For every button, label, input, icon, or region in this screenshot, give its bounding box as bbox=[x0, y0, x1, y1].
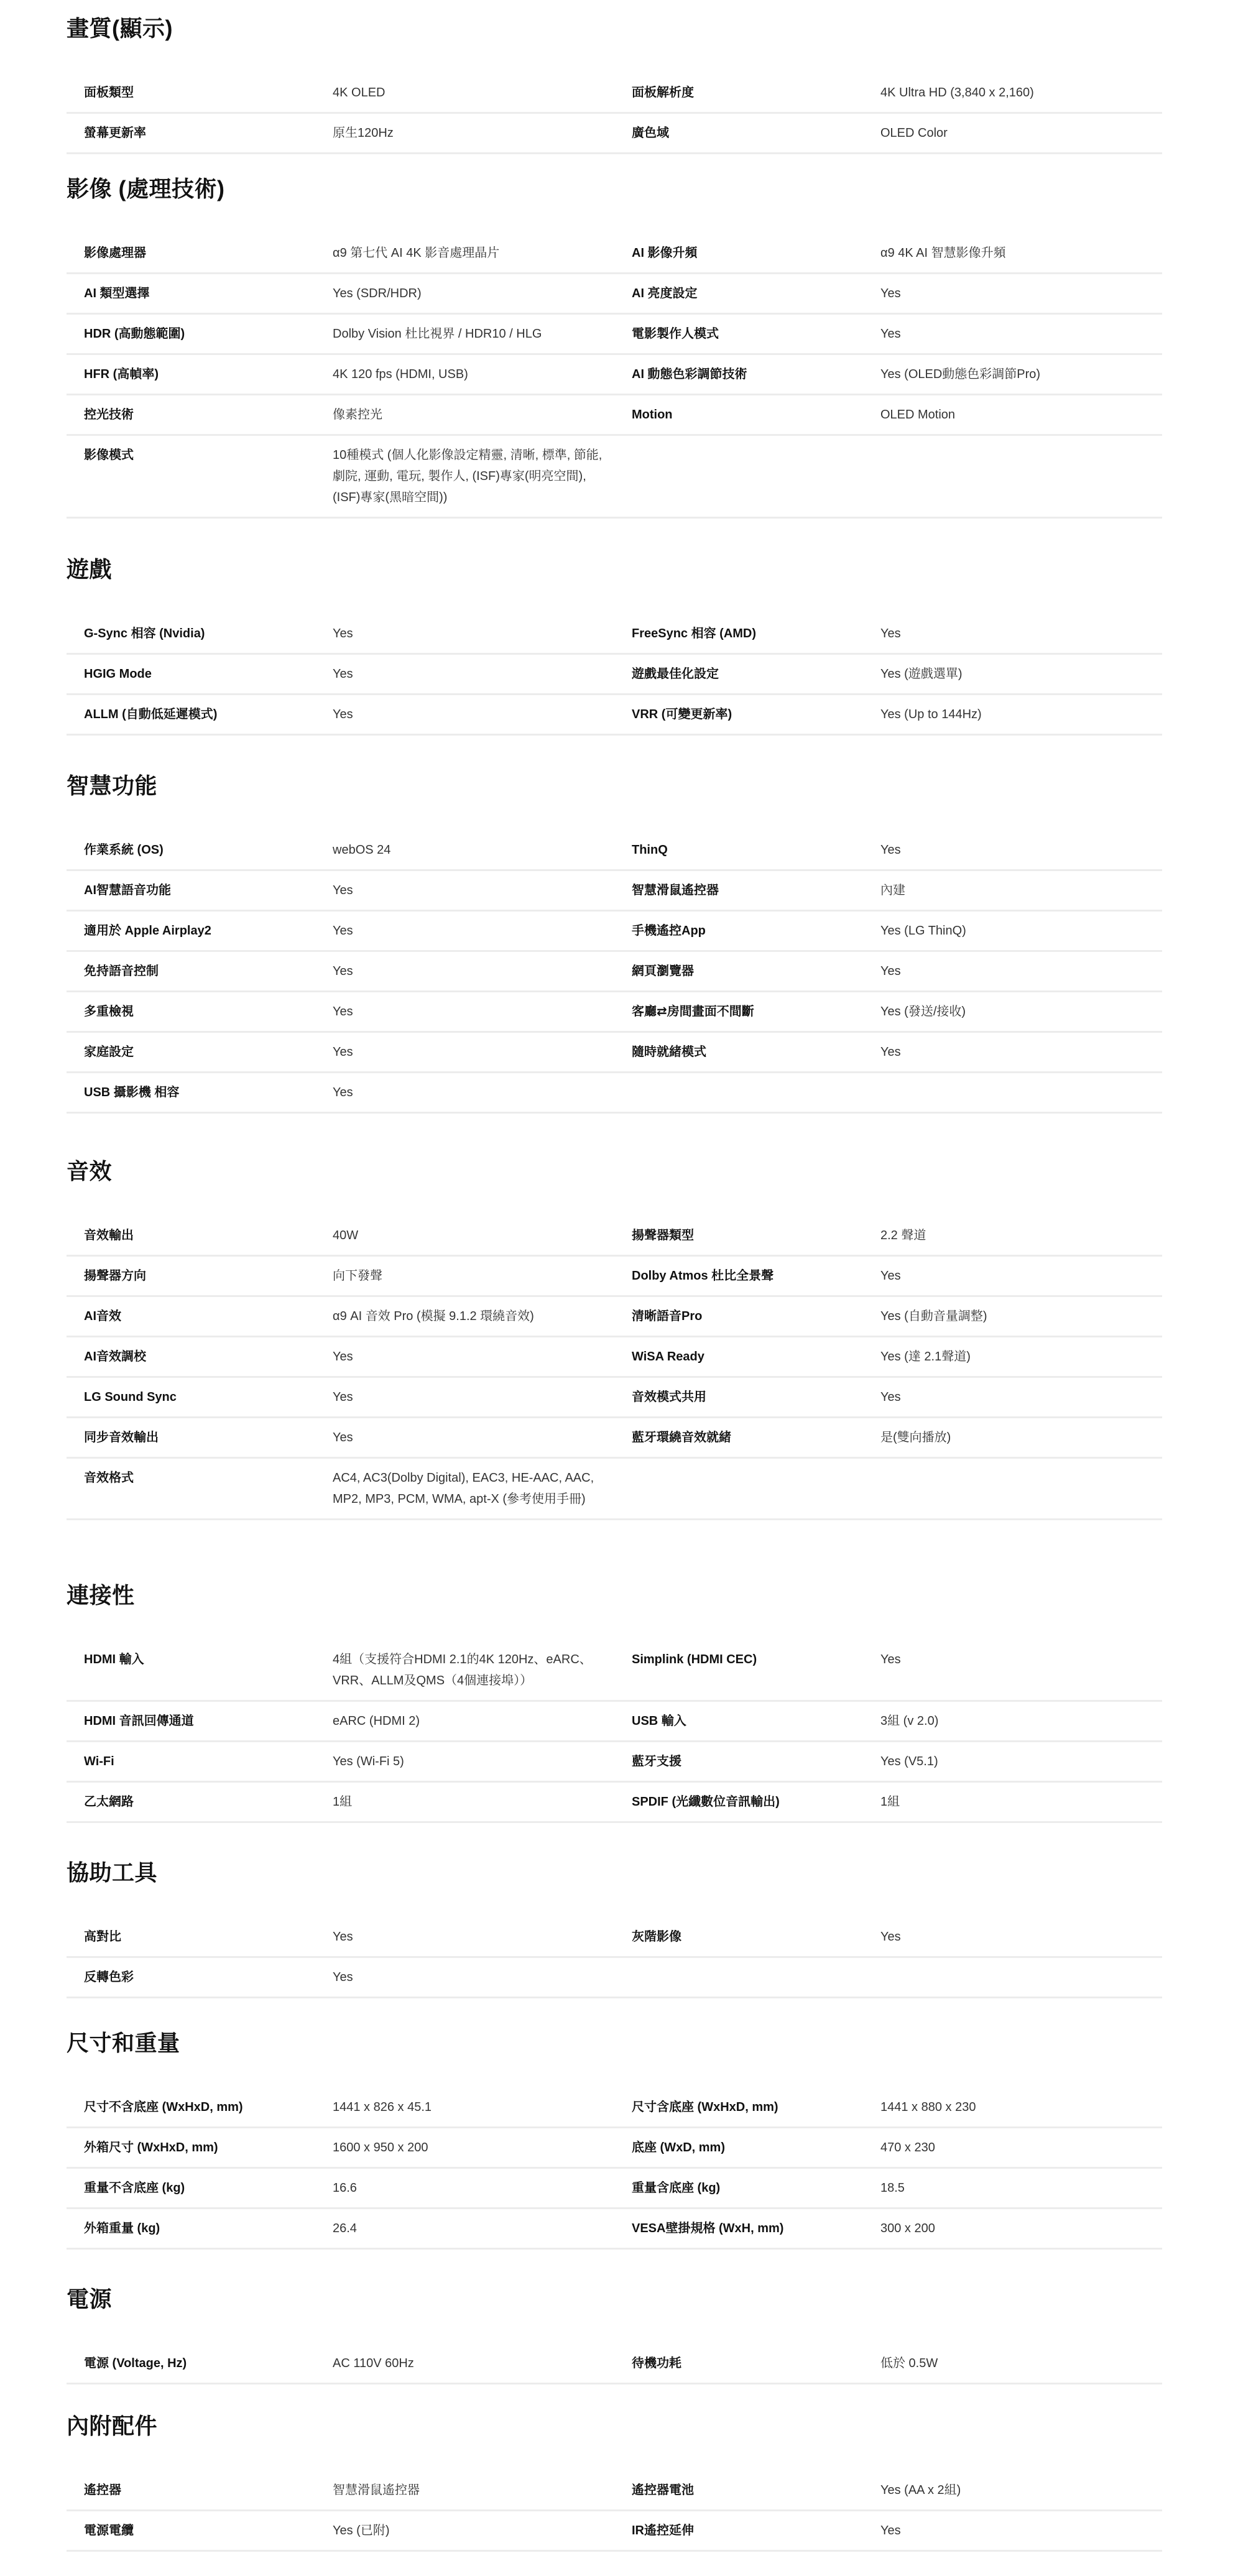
spec-label: AI音效調校 bbox=[84, 1346, 333, 1367]
section-title: 畫質(顯示) bbox=[67, 11, 1162, 46]
spec-value: α9 4K AI 智慧影像升頻 bbox=[880, 242, 1154, 264]
spec-row: AI智慧語音功能Yes智慧滑鼠遙控器內建 bbox=[67, 871, 1162, 912]
spec-label: Motion bbox=[632, 404, 880, 425]
spec-value: 16.6 bbox=[333, 2177, 606, 2199]
spec-value: Yes (LG ThinQ) bbox=[880, 920, 1154, 941]
spec-label: 尺寸不含底座 (WxHxD, mm) bbox=[84, 2097, 333, 2118]
spec-item: WiSA ReadyYes (達 2.1聲道) bbox=[614, 1337, 1162, 1376]
spec-row: 重量不含底座 (kg)16.6重量含底座 (kg)18.5 bbox=[67, 2169, 1162, 2209]
spec-section: 影像 (處理技術)影像處理器α9 第七代 AI 4K 影音處理晶片AI 影像升頻… bbox=[67, 172, 1162, 519]
spec-item: 遙控器電池Yes (AA x 2組) bbox=[614, 2471, 1162, 2509]
spec-value: 1600 x 950 x 200 bbox=[333, 2137, 606, 2158]
spec-label: AI 動態色彩調節技術 bbox=[632, 364, 880, 385]
spec-item bbox=[614, 1958, 1162, 1997]
spec-row: 作業系統 (OS)webOS 24ThinQYes bbox=[67, 831, 1162, 871]
spec-label: 電源電纜 bbox=[84, 2520, 333, 2541]
spec-row: 適用於 Apple Airplay2Yes手機遙控AppYes (LG Thin… bbox=[67, 912, 1162, 952]
spec-label: 灰階影像 bbox=[632, 1926, 880, 1947]
spec-label: 控光技術 bbox=[84, 404, 333, 425]
spec-item: 外箱重量 (kg)26.4 bbox=[67, 2209, 614, 2248]
spec-value: 原生120Hz bbox=[333, 122, 606, 144]
spec-value: Yes bbox=[333, 1926, 606, 1947]
spec-item: 外箱尺寸 (WxHxD, mm)1600 x 950 x 200 bbox=[67, 2128, 614, 2167]
spec-table: 音效輸出40W揚聲器類型2.2 聲道揚聲器方向向下發聲Dolby Atmos 杜… bbox=[67, 1216, 1162, 1520]
spec-value: Yes bbox=[880, 839, 1154, 861]
spec-value: Yes bbox=[880, 1041, 1154, 1063]
spec-label: HDR (高動態範圍) bbox=[84, 323, 333, 344]
spec-label: 外箱尺寸 (WxHxD, mm) bbox=[84, 2137, 333, 2158]
spec-label: 遊戲最佳化設定 bbox=[632, 663, 880, 685]
spec-label: 隨時就緒模式 bbox=[632, 1041, 880, 1063]
spec-label: 遙控器 bbox=[84, 2480, 333, 2501]
spec-row: HDMI 輸入4組（支援符合HDMI 2.1的4K 120Hz、eARC、VRR… bbox=[67, 1640, 1162, 1702]
spec-value: α9 AI 音效 Pro (模擬 9.1.2 環繞音效) bbox=[333, 1306, 606, 1327]
spec-item: 螢幕更新率原生120Hz bbox=[67, 114, 614, 152]
spec-row: 同步音效輸出Yes藍牙環繞音效就緒是(雙向播放) bbox=[67, 1418, 1162, 1459]
spec-label: 音效輸出 bbox=[84, 1225, 333, 1246]
spec-item: AI 影像升頻α9 4K AI 智慧影像升頻 bbox=[614, 234, 1162, 272]
spec-value bbox=[880, 1967, 1154, 1988]
spec-label: 同步音效輸出 bbox=[84, 1427, 333, 1448]
spec-item: G-Sync 相容 (Nvidia)Yes bbox=[67, 614, 614, 653]
spec-row: AI音效調校YesWiSA ReadyYes (達 2.1聲道) bbox=[67, 1337, 1162, 1378]
spec-row: 高對比Yes灰階影像Yes bbox=[67, 1918, 1162, 1958]
spec-row: HGIG ModeYes遊戲最佳化設定Yes (遊戲選單) bbox=[67, 655, 1162, 695]
spec-row: 電源 (Voltage, Hz)AC 110V 60Hz待機功耗低於 0.5W bbox=[67, 2344, 1162, 2384]
spec-label: VESA壁掛規格 (WxH, mm) bbox=[632, 2218, 880, 2239]
spec-value: 向下發聲 bbox=[333, 1265, 606, 1286]
spec-label: HFR (高幀率) bbox=[84, 364, 333, 385]
spec-label: AI 類型選擇 bbox=[84, 283, 333, 304]
spec-label bbox=[632, 1967, 880, 1988]
spec-section: 遊戲G-Sync 相容 (Nvidia)YesFreeSync 相容 (AMD)… bbox=[67, 552, 1162, 736]
spec-label: Simplink (HDMI CEC) bbox=[632, 1649, 880, 1691]
spec-row: G-Sync 相容 (Nvidia)YesFreeSync 相容 (AMD)Ye… bbox=[67, 614, 1162, 655]
spec-item: 藍牙支援Yes (V5.1) bbox=[614, 1742, 1162, 1781]
spec-item: HDMI 輸入4組（支援符合HDMI 2.1的4K 120Hz、eARC、VRR… bbox=[67, 1640, 614, 1700]
spec-value: Yes (發送/接收) bbox=[880, 1001, 1154, 1022]
section-title: 音效 bbox=[67, 1154, 1162, 1189]
spec-item: Simplink (HDMI CEC)Yes bbox=[614, 1640, 1162, 1700]
spec-value: Yes bbox=[333, 1387, 606, 1408]
spec-row: HFR (高幀率)4K 120 fps (HDMI, USB)AI 動態色彩調節… bbox=[67, 355, 1162, 395]
spec-table: 電源 (Voltage, Hz)AC 110V 60Hz待機功耗低於 0.5W bbox=[67, 2344, 1162, 2384]
spec-value: Yes bbox=[880, 1265, 1154, 1286]
spec-value: Yes (Up to 144Hz) bbox=[880, 704, 1154, 725]
spec-value: Yes bbox=[880, 1649, 1154, 1691]
spec-item: 待機功耗低於 0.5W bbox=[614, 2344, 1162, 2383]
spec-item: 面板解析度4K Ultra HD (3,840 x 2,160) bbox=[614, 73, 1162, 112]
spec-item: USB 攝影機 相容Yes bbox=[67, 1073, 614, 1112]
spec-value: Yes (AA x 2組) bbox=[880, 2480, 1154, 2501]
spec-label bbox=[632, 1082, 880, 1103]
spec-label: 重量含底座 (kg) bbox=[632, 2177, 880, 2199]
spec-value: 1441 x 880 x 230 bbox=[880, 2097, 1154, 2118]
spec-item: 遊戲最佳化設定Yes (遊戲選單) bbox=[614, 655, 1162, 693]
spec-value: 是(雙向播放) bbox=[880, 1427, 1154, 1448]
spec-label: 作業系統 (OS) bbox=[84, 839, 333, 861]
spec-item: HDR (高動態範圍)Dolby Vision 杜比視界 / HDR10 / H… bbox=[67, 315, 614, 353]
spec-row: 外箱尺寸 (WxHxD, mm)1600 x 950 x 200底座 (WxD,… bbox=[67, 2128, 1162, 2169]
spec-value: 26.4 bbox=[333, 2218, 606, 2239]
spec-item: 影像模式10種模式 (個人化影像設定精靈, 清晰, 標準, 節能, 劇院, 運動… bbox=[67, 436, 614, 517]
spec-label: AI智慧語音功能 bbox=[84, 880, 333, 901]
spec-row: 影像處理器α9 第七代 AI 4K 影音處理晶片AI 影像升頻α9 4K AI … bbox=[67, 234, 1162, 274]
spec-row: 反轉色彩Yes bbox=[67, 1958, 1162, 1998]
spec-label: G-Sync 相容 (Nvidia) bbox=[84, 623, 333, 644]
spec-item: 電源電纜Yes (已附) bbox=[67, 2511, 614, 2550]
spec-label: HGIG Mode bbox=[84, 663, 333, 685]
spec-item: 作業系統 (OS)webOS 24 bbox=[67, 831, 614, 869]
spec-item: AI 亮度設定Yes bbox=[614, 274, 1162, 313]
spec-label: Dolby Atmos 杜比全景聲 bbox=[632, 1265, 880, 1286]
section-title: 智慧功能 bbox=[67, 769, 1162, 803]
spec-section: 電源電源 (Voltage, Hz)AC 110V 60Hz待機功耗低於 0.5… bbox=[67, 2282, 1162, 2384]
spec-item: AI音效α9 AI 音效 Pro (模擬 9.1.2 環繞音效) bbox=[67, 1297, 614, 1336]
spec-item: 網頁瀏覽器Yes bbox=[614, 952, 1162, 990]
spec-label: WiSA Ready bbox=[632, 1346, 880, 1367]
spec-label: 智慧滑鼠遙控器 bbox=[632, 880, 880, 901]
spec-value: Yes bbox=[333, 623, 606, 644]
spec-label: 客廳⇄房間畫面不間斷 bbox=[632, 1001, 880, 1022]
spec-label: AI 影像升頻 bbox=[632, 242, 880, 264]
spec-value: AC4, AC3(Dolby Digital), EAC3, HE-AAC, A… bbox=[333, 1467, 606, 1510]
spec-value: Yes bbox=[880, 1387, 1154, 1408]
spec-label: 尺寸含底座 (WxHxD, mm) bbox=[632, 2097, 880, 2118]
spec-item: ALLM (自動低延遲模式)Yes bbox=[67, 695, 614, 734]
spec-item: 音效輸出40W bbox=[67, 1216, 614, 1255]
spec-table: 遙控器智慧滑鼠遙控器遙控器電池Yes (AA x 2組)電源電纜Yes (已附)… bbox=[67, 2471, 1162, 2552]
spec-value: Yes bbox=[880, 623, 1154, 644]
spec-label: 揚聲器類型 bbox=[632, 1225, 880, 1246]
spec-item: 手機遙控AppYes (LG ThinQ) bbox=[614, 912, 1162, 950]
spec-item: FreeSync 相容 (AMD)Yes bbox=[614, 614, 1162, 653]
spec-value: Yes (自動音量調整) bbox=[880, 1306, 1154, 1327]
spec-label: USB 輸入 bbox=[632, 1710, 880, 1732]
spec-value: 10種模式 (個人化影像設定精靈, 清晰, 標準, 節能, 劇院, 運動, 電玩… bbox=[333, 445, 606, 508]
spec-table: 作業系統 (OS)webOS 24ThinQYesAI智慧語音功能Yes智慧滑鼠… bbox=[67, 831, 1162, 1114]
spec-label: 面板解析度 bbox=[632, 82, 880, 103]
spec-label: LG Sound Sync bbox=[84, 1387, 333, 1408]
spec-table: 高對比Yes灰階影像Yes反轉色彩Yes bbox=[67, 1918, 1162, 1998]
spec-section: 內附配件遙控器智慧滑鼠遙控器遙控器電池Yes (AA x 2組)電源電纜Yes … bbox=[67, 2409, 1162, 2552]
section-title: 電源 bbox=[67, 2282, 1162, 2317]
spec-item: 面板類型4K OLED bbox=[67, 73, 614, 112]
spec-value bbox=[880, 445, 1154, 508]
spec-item: 客廳⇄房間畫面不間斷Yes (發送/接收) bbox=[614, 992, 1162, 1031]
spec-value: Yes (遊戲選單) bbox=[880, 663, 1154, 685]
spec-item: 藍牙環繞音效就緒是(雙向播放) bbox=[614, 1418, 1162, 1457]
spec-label: ThinQ bbox=[632, 839, 880, 861]
spec-value: Yes (已附) bbox=[333, 2520, 606, 2541]
spec-item: IR遙控延伸Yes bbox=[614, 2511, 1162, 2550]
spec-item: Wi-FiYes (Wi-Fi 5) bbox=[67, 1742, 614, 1781]
spec-label: VRR (可變更新率) bbox=[632, 704, 880, 725]
spec-item: 底座 (WxD, mm)470 x 230 bbox=[614, 2128, 1162, 2167]
spec-item: 同步音效輸出Yes bbox=[67, 1418, 614, 1457]
spec-value: OLED Motion bbox=[880, 404, 1154, 425]
spec-label: USB 攝影機 相容 bbox=[84, 1082, 333, 1103]
spec-item: 高對比Yes bbox=[67, 1918, 614, 1956]
spec-label: 螢幕更新率 bbox=[84, 122, 333, 144]
spec-row: 面板類型4K OLED面板解析度4K Ultra HD (3,840 x 2,1… bbox=[67, 73, 1162, 114]
spec-value: Yes bbox=[333, 1001, 606, 1022]
spec-row: LG Sound SyncYes音效模式共用Yes bbox=[67, 1378, 1162, 1418]
spec-value: 40W bbox=[333, 1225, 606, 1246]
spec-item: 音效模式共用Yes bbox=[614, 1378, 1162, 1416]
spec-value: Yes (Wi-Fi 5) bbox=[333, 1751, 606, 1772]
spec-label: HDMI 音訊回傳通道 bbox=[84, 1710, 333, 1732]
spec-item: 智慧滑鼠遙控器內建 bbox=[614, 871, 1162, 910]
spec-value: 4K Ultra HD (3,840 x 2,160) bbox=[880, 82, 1154, 103]
spec-item: ThinQYes bbox=[614, 831, 1162, 869]
spec-item: 尺寸不含底座 (WxHxD, mm)1441 x 826 x 45.1 bbox=[67, 2088, 614, 2126]
spec-value: Yes bbox=[880, 283, 1154, 304]
spec-item: 影像處理器α9 第七代 AI 4K 影音處理晶片 bbox=[67, 234, 614, 272]
spec-section: 尺寸和重量尺寸不含底座 (WxHxD, mm)1441 x 826 x 45.1… bbox=[67, 2026, 1162, 2250]
spec-label: 外箱重量 (kg) bbox=[84, 2218, 333, 2239]
spec-value: 像素控光 bbox=[333, 404, 606, 425]
spec-label: 網頁瀏覽器 bbox=[632, 961, 880, 982]
spec-item: 控光技術像素控光 bbox=[67, 395, 614, 434]
spec-row: 遙控器智慧滑鼠遙控器遙控器電池Yes (AA x 2組) bbox=[67, 2471, 1162, 2511]
spec-value: 1441 x 826 x 45.1 bbox=[333, 2097, 606, 2118]
spec-table: 面板類型4K OLED面板解析度4K Ultra HD (3,840 x 2,1… bbox=[67, 73, 1162, 154]
spec-label: 音效格式 bbox=[84, 1467, 333, 1510]
spec-value: Yes bbox=[333, 663, 606, 685]
spec-item: Dolby Atmos 杜比全景聲Yes bbox=[614, 1257, 1162, 1295]
spec-label: SPDIF (光纖數位音訊輸出) bbox=[632, 1791, 880, 1812]
spec-label: 藍牙支援 bbox=[632, 1751, 880, 1772]
spec-label: 廣色域 bbox=[632, 122, 880, 144]
section-title: 協助工具 bbox=[67, 1855, 1162, 1890]
spec-label: 影像處理器 bbox=[84, 242, 333, 264]
spec-value: Yes bbox=[880, 2520, 1154, 2541]
spec-label bbox=[632, 445, 880, 508]
spec-item: 灰階影像Yes bbox=[614, 1918, 1162, 1956]
spec-item: 電源 (Voltage, Hz)AC 110V 60Hz bbox=[67, 2344, 614, 2383]
spec-row: 免持語音控制Yes網頁瀏覽器Yes bbox=[67, 952, 1162, 992]
spec-label: 多重檢視 bbox=[84, 1001, 333, 1022]
spec-section: 智慧功能作業系統 (OS)webOS 24ThinQYesAI智慧語音功能Yes… bbox=[67, 769, 1162, 1114]
spec-value: α9 第七代 AI 4K 影音處理晶片 bbox=[333, 242, 606, 264]
spec-value: webOS 24 bbox=[333, 839, 606, 861]
spec-item: 廣色域OLED Color bbox=[614, 114, 1162, 152]
spec-section: 連接性HDMI 輸入4組（支援符合HDMI 2.1的4K 120Hz、eARC、… bbox=[67, 1578, 1162, 1823]
spec-label: 藍牙環繞音效就緒 bbox=[632, 1427, 880, 1448]
spec-row: 影像模式10種模式 (個人化影像設定精靈, 清晰, 標準, 節能, 劇院, 運動… bbox=[67, 436, 1162, 519]
spec-value: OLED Color bbox=[880, 122, 1154, 144]
spec-label: 高對比 bbox=[84, 1926, 333, 1947]
spec-row: USB 攝影機 相容Yes bbox=[67, 1073, 1162, 1114]
spec-label: 清晰語音Pro bbox=[632, 1306, 880, 1327]
spec-value: Yes bbox=[333, 1427, 606, 1448]
spec-table: 影像處理器α9 第七代 AI 4K 影音處理晶片AI 影像升頻α9 4K AI … bbox=[67, 234, 1162, 519]
spec-value: 3組 (v 2.0) bbox=[880, 1710, 1154, 1732]
spec-item: 多重檢視Yes bbox=[67, 992, 614, 1031]
section-title: 尺寸和重量 bbox=[67, 2026, 1162, 2061]
spec-value: Yes bbox=[333, 1346, 606, 1367]
spec-value bbox=[880, 1082, 1154, 1103]
spec-item: 揚聲器方向向下發聲 bbox=[67, 1257, 614, 1295]
section-title: 遊戲 bbox=[67, 552, 1162, 587]
spec-value: 4K 120 fps (HDMI, USB) bbox=[333, 364, 606, 385]
spec-table: G-Sync 相容 (Nvidia)YesFreeSync 相容 (AMD)Ye… bbox=[67, 614, 1162, 736]
spec-value: Yes bbox=[333, 961, 606, 982]
spec-value: Yes bbox=[880, 323, 1154, 344]
spec-label: 重量不含底座 (kg) bbox=[84, 2177, 333, 2199]
spec-label: 反轉色彩 bbox=[84, 1967, 333, 1988]
spec-label: 音效模式共用 bbox=[632, 1387, 880, 1408]
spec-section: 音效音效輸出40W揚聲器類型2.2 聲道揚聲器方向向下發聲Dolby Atmos… bbox=[67, 1154, 1162, 1520]
spec-item: 音效格式AC4, AC3(Dolby Digital), EAC3, HE-AA… bbox=[67, 1459, 614, 1518]
spec-row: 乙太網路1組SPDIF (光纖數位音訊輸出)1組 bbox=[67, 1783, 1162, 1823]
spec-item bbox=[614, 1073, 1162, 1112]
spec-value: Yes (SDR/HDR) bbox=[333, 283, 606, 304]
spec-value: Yes bbox=[333, 1082, 606, 1103]
spec-row: 螢幕更新率原生120Hz廣色域OLED Color bbox=[67, 114, 1162, 154]
spec-label: 乙太網路 bbox=[84, 1791, 333, 1812]
spec-value: Yes bbox=[333, 880, 606, 901]
section-title: 影像 (處理技術) bbox=[67, 172, 1162, 206]
spec-row: 音效格式AC4, AC3(Dolby Digital), EAC3, HE-AA… bbox=[67, 1459, 1162, 1520]
spec-item: 遙控器智慧滑鼠遙控器 bbox=[67, 2471, 614, 2509]
spec-item: SPDIF (光纖數位音訊輸出)1組 bbox=[614, 1783, 1162, 1821]
spec-value: Yes (V5.1) bbox=[880, 1751, 1154, 1772]
spec-value: Yes (達 2.1聲道) bbox=[880, 1346, 1154, 1367]
spec-item: 乙太網路1組 bbox=[67, 1783, 614, 1821]
spec-section: 畫質(顯示)面板類型4K OLED面板解析度4K Ultra HD (3,840… bbox=[67, 11, 1162, 154]
spec-item: AI音效調校Yes bbox=[67, 1337, 614, 1376]
spec-label: ALLM (自動低延遲模式) bbox=[84, 704, 333, 725]
spec-item: MotionOLED Motion bbox=[614, 395, 1162, 434]
spec-label: IR遙控延伸 bbox=[632, 2520, 880, 2541]
spec-label: HDMI 輸入 bbox=[84, 1649, 333, 1691]
spec-value: Yes bbox=[333, 920, 606, 941]
spec-item: 尺寸含底座 (WxHxD, mm)1441 x 880 x 230 bbox=[614, 2088, 1162, 2126]
spec-label: 底座 (WxD, mm) bbox=[632, 2137, 880, 2158]
spec-label: 待機功耗 bbox=[632, 2353, 880, 2374]
spec-row: 尺寸不含底座 (WxHxD, mm)1441 x 826 x 45.1尺寸含底座… bbox=[67, 2088, 1162, 2128]
spec-row: AI音效α9 AI 音效 Pro (模擬 9.1.2 環繞音效)清晰語音ProY… bbox=[67, 1297, 1162, 1337]
spec-item: LG Sound SyncYes bbox=[67, 1378, 614, 1416]
spec-label: 免持語音控制 bbox=[84, 961, 333, 982]
spec-item: 清晰語音ProYes (自動音量調整) bbox=[614, 1297, 1162, 1336]
spec-item bbox=[614, 436, 1162, 517]
spec-item: 隨時就緒模式Yes bbox=[614, 1033, 1162, 1071]
spec-label: 電影製作人模式 bbox=[632, 323, 880, 344]
spec-item: HDMI 音訊回傳通道eARC (HDMI 2) bbox=[67, 1702, 614, 1740]
spec-row: 外箱重量 (kg)26.4VESA壁掛規格 (WxH, mm)300 x 200 bbox=[67, 2209, 1162, 2250]
spec-row: 家庭設定Yes隨時就緒模式Yes bbox=[67, 1033, 1162, 1073]
spec-item: AI 動態色彩調節技術Yes (OLED動態色彩調節Pro) bbox=[614, 355, 1162, 394]
spec-item: 適用於 Apple Airplay2Yes bbox=[67, 912, 614, 950]
spec-label: Wi-Fi bbox=[84, 1751, 333, 1772]
spec-label: 影像模式 bbox=[84, 445, 333, 508]
spec-item: 揚聲器類型2.2 聲道 bbox=[614, 1216, 1162, 1255]
spec-value: Yes bbox=[880, 1926, 1154, 1947]
spec-value: Dolby Vision 杜比視界 / HDR10 / HLG bbox=[333, 323, 606, 344]
spec-value: 1組 bbox=[880, 1791, 1154, 1812]
spec-row: 音效輸出40W揚聲器類型2.2 聲道 bbox=[67, 1216, 1162, 1257]
spec-item: HFR (高幀率)4K 120 fps (HDMI, USB) bbox=[67, 355, 614, 394]
spec-row: 電源電纜Yes (已附)IR遙控延伸Yes bbox=[67, 2511, 1162, 2552]
spec-item: 電影製作人模式Yes bbox=[614, 315, 1162, 353]
spec-value: eARC (HDMI 2) bbox=[333, 1710, 606, 1732]
spec-value: 300 x 200 bbox=[880, 2218, 1154, 2239]
spec-item: VRR (可變更新率)Yes (Up to 144Hz) bbox=[614, 695, 1162, 734]
spec-label: 手機遙控App bbox=[632, 920, 880, 941]
spec-row: 多重檢視Yes客廳⇄房間畫面不間斷Yes (發送/接收) bbox=[67, 992, 1162, 1033]
spec-label: AI音效 bbox=[84, 1306, 333, 1327]
spec-row: 揚聲器方向向下發聲Dolby Atmos 杜比全景聲Yes bbox=[67, 1257, 1162, 1297]
spec-label: AI 亮度設定 bbox=[632, 283, 880, 304]
spec-value: AC 110V 60Hz bbox=[333, 2353, 606, 2374]
spec-row: AI 類型選擇Yes (SDR/HDR)AI 亮度設定Yes bbox=[67, 274, 1162, 315]
spec-item: 免持語音控制Yes bbox=[67, 952, 614, 990]
spec-label: 電源 (Voltage, Hz) bbox=[84, 2353, 333, 2374]
spec-value: 18.5 bbox=[880, 2177, 1154, 2199]
spec-label: 家庭設定 bbox=[84, 1041, 333, 1063]
spec-label bbox=[632, 1467, 880, 1510]
spec-value: Yes bbox=[880, 961, 1154, 982]
spec-label: 揚聲器方向 bbox=[84, 1265, 333, 1286]
spec-value: 2.2 聲道 bbox=[880, 1225, 1154, 1246]
spec-label: 適用於 Apple Airplay2 bbox=[84, 920, 333, 941]
spec-value: 低於 0.5W bbox=[880, 2353, 1154, 2374]
spec-value: 1組 bbox=[333, 1791, 606, 1812]
spec-table: 尺寸不含底座 (WxHxD, mm)1441 x 826 x 45.1尺寸含底座… bbox=[67, 2088, 1162, 2250]
spec-value: Yes bbox=[333, 704, 606, 725]
spec-item: 重量不含底座 (kg)16.6 bbox=[67, 2169, 614, 2207]
spec-value: 智慧滑鼠遙控器 bbox=[333, 2480, 606, 2501]
spec-item: VESA壁掛規格 (WxH, mm)300 x 200 bbox=[614, 2209, 1162, 2248]
spec-label: FreeSync 相容 (AMD) bbox=[632, 623, 880, 644]
spec-item: AI智慧語音功能Yes bbox=[67, 871, 614, 910]
spec-row: HDR (高動態範圍)Dolby Vision 杜比視界 / HDR10 / H… bbox=[67, 315, 1162, 355]
spec-value: 470 x 230 bbox=[880, 2137, 1154, 2158]
spec-value: Yes bbox=[333, 1041, 606, 1063]
spec-value: 內建 bbox=[880, 880, 1154, 901]
spec-value: 4K OLED bbox=[333, 82, 606, 103]
spec-item: 家庭設定Yes bbox=[67, 1033, 614, 1071]
section-title: 內附配件 bbox=[67, 2409, 1162, 2444]
spec-label: 遙控器電池 bbox=[632, 2480, 880, 2501]
spec-item: USB 輸入3組 (v 2.0) bbox=[614, 1702, 1162, 1740]
spec-row: Wi-FiYes (Wi-Fi 5)藍牙支援Yes (V5.1) bbox=[67, 1742, 1162, 1783]
spec-value bbox=[880, 1467, 1154, 1510]
spec-item: 重量含底座 (kg)18.5 bbox=[614, 2169, 1162, 2207]
section-title: 連接性 bbox=[67, 1578, 1162, 1613]
spec-label: 面板類型 bbox=[84, 82, 333, 103]
spec-value: Yes bbox=[333, 1967, 606, 1988]
spec-item: 反轉色彩Yes bbox=[67, 1958, 614, 1997]
spec-section: 協助工具高對比Yes灰階影像Yes反轉色彩Yes bbox=[67, 1855, 1162, 1998]
spec-row: ALLM (自動低延遲模式)YesVRR (可變更新率)Yes (Up to 1… bbox=[67, 695, 1162, 736]
spec-value: 4組（支援符合HDMI 2.1的4K 120Hz、eARC、VRR、ALLM及Q… bbox=[333, 1649, 606, 1691]
spec-item: HGIG ModeYes bbox=[67, 655, 614, 693]
spec-value: Yes (OLED動態色彩調節Pro) bbox=[880, 364, 1154, 385]
spec-item: AI 類型選擇Yes (SDR/HDR) bbox=[67, 274, 614, 313]
spec-row: 控光技術像素控光MotionOLED Motion bbox=[67, 395, 1162, 436]
spec-item bbox=[614, 1459, 1162, 1518]
spec-table: HDMI 輸入4組（支援符合HDMI 2.1的4K 120Hz、eARC、VRR… bbox=[67, 1640, 1162, 1823]
spec-row: HDMI 音訊回傳通道eARC (HDMI 2)USB 輸入3組 (v 2.0) bbox=[67, 1702, 1162, 1742]
